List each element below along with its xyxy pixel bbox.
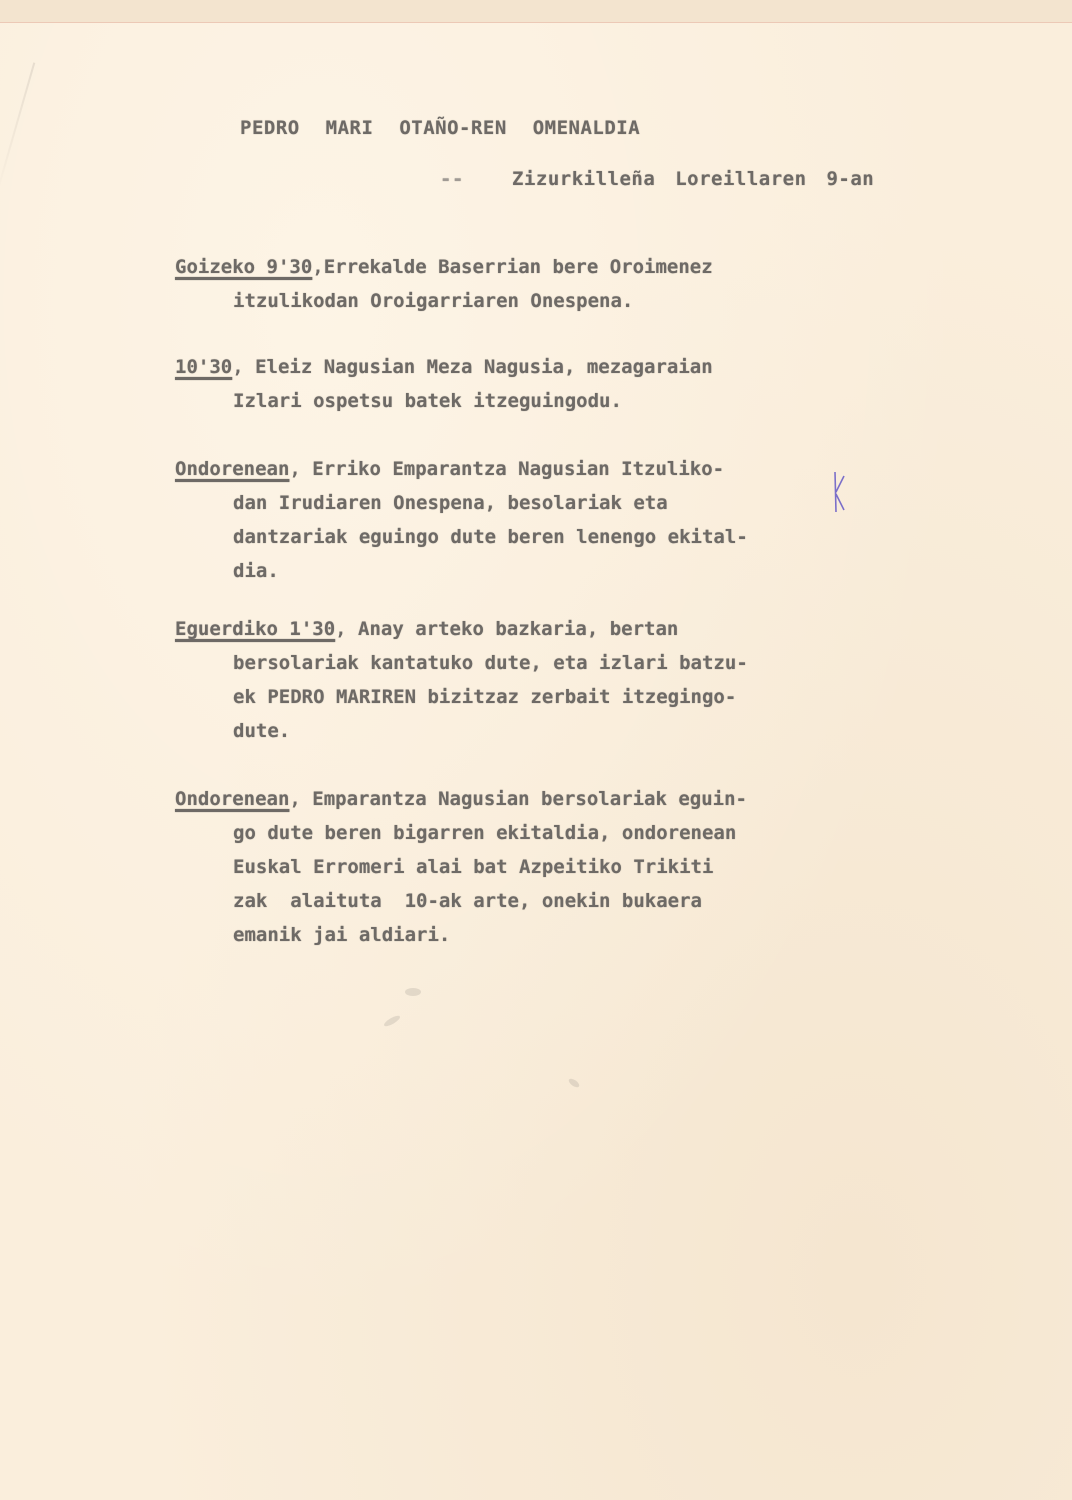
- ink-smudge: [383, 1014, 402, 1028]
- entry-line: dute.: [233, 714, 935, 748]
- entry-line: Eleiz Nagusian Meza Nagusia, mezagaraian: [244, 356, 713, 378]
- ink-smudge: [405, 988, 421, 996]
- entry-line: itzulikodan Oroigarriaren Onespena.: [233, 284, 935, 318]
- ink-smudge: [567, 1077, 580, 1089]
- entry-line: emanik jai aldiari.: [233, 918, 935, 952]
- entry-line: go dute beren bigarren ekitaldia, ondore…: [233, 816, 935, 850]
- entry-line: dan Irudiaren Onespena, besolariak eta: [233, 486, 935, 520]
- entry-time: Ondorenean: [175, 788, 289, 810]
- entry-line: bersolariak kantatuko dute, eta izlari b…: [233, 646, 935, 680]
- entry-comma: ,: [335, 618, 346, 640]
- entry-comma: ,: [289, 788, 300, 810]
- entry-line: Emparantza Nagusian bersolariak eguin-: [301, 788, 747, 810]
- paper-page: PEDRO MARI OTAÑO-REN OMENALDIA -- Zizurk…: [0, 0, 1072, 1500]
- schedule-entry: 10'30, Eleiz Nagusian Meza Nagusia, meza…: [175, 350, 935, 418]
- entry-time: Goizeko 9'30: [175, 256, 312, 278]
- fold-mark: [0, 62, 35, 197]
- entry-comma: ,: [289, 458, 300, 480]
- entry-line: Errekalde Baserrian bere Oroimenez: [324, 256, 713, 278]
- pen-correction-mark: [832, 470, 846, 514]
- document-title: PEDRO MARI OTAÑO-REN OMENALDIA: [240, 117, 640, 139]
- schedule-entry: Goizeko 9'30,Errekalde Baserrian bere Or…: [175, 250, 935, 318]
- entry-comma: ,: [312, 256, 323, 278]
- entry-line: Euskal Erromeri alai bat Azpeitiko Triki…: [233, 850, 935, 884]
- schedule-entry: Eguerdiko 1'30, Anay arteko bazkaria, be…: [175, 612, 935, 748]
- entry-line: Anay arteko bazkaria, bertan: [347, 618, 679, 640]
- entry-line: dia.: [233, 554, 935, 588]
- entry-line: ek PEDRO MARIREN bizitzaz zerbait itzegi…: [233, 680, 935, 714]
- place-date: Zizurkilleña Loreillaren 9-an: [512, 168, 874, 190]
- entry-comma: ,: [232, 356, 243, 378]
- schedule-entry: Ondorenean, Emparantza Nagusian bersolar…: [175, 782, 935, 952]
- entry-line: zak alaituta 10-ak arte, onekin bukaera: [233, 884, 935, 918]
- entry-time: 10'30: [175, 356, 232, 378]
- entry-line: Erriko Emparantza Nagusian Itzuliko-: [301, 458, 724, 480]
- page-top-edge: [0, 0, 1072, 23]
- entry-line: Izlari ospetsu batek itzeguingodu.: [233, 384, 935, 418]
- entry-line: dantzariak eguingo dute beren lenengo ek…: [233, 520, 935, 554]
- entry-time: Ondorenean: [175, 458, 289, 480]
- place-date-prefix: --: [440, 168, 464, 190]
- schedule-entry: Ondorenean, Erriko Emparantza Nagusian I…: [175, 452, 935, 588]
- entry-time: Eguerdiko 1'30: [175, 618, 335, 640]
